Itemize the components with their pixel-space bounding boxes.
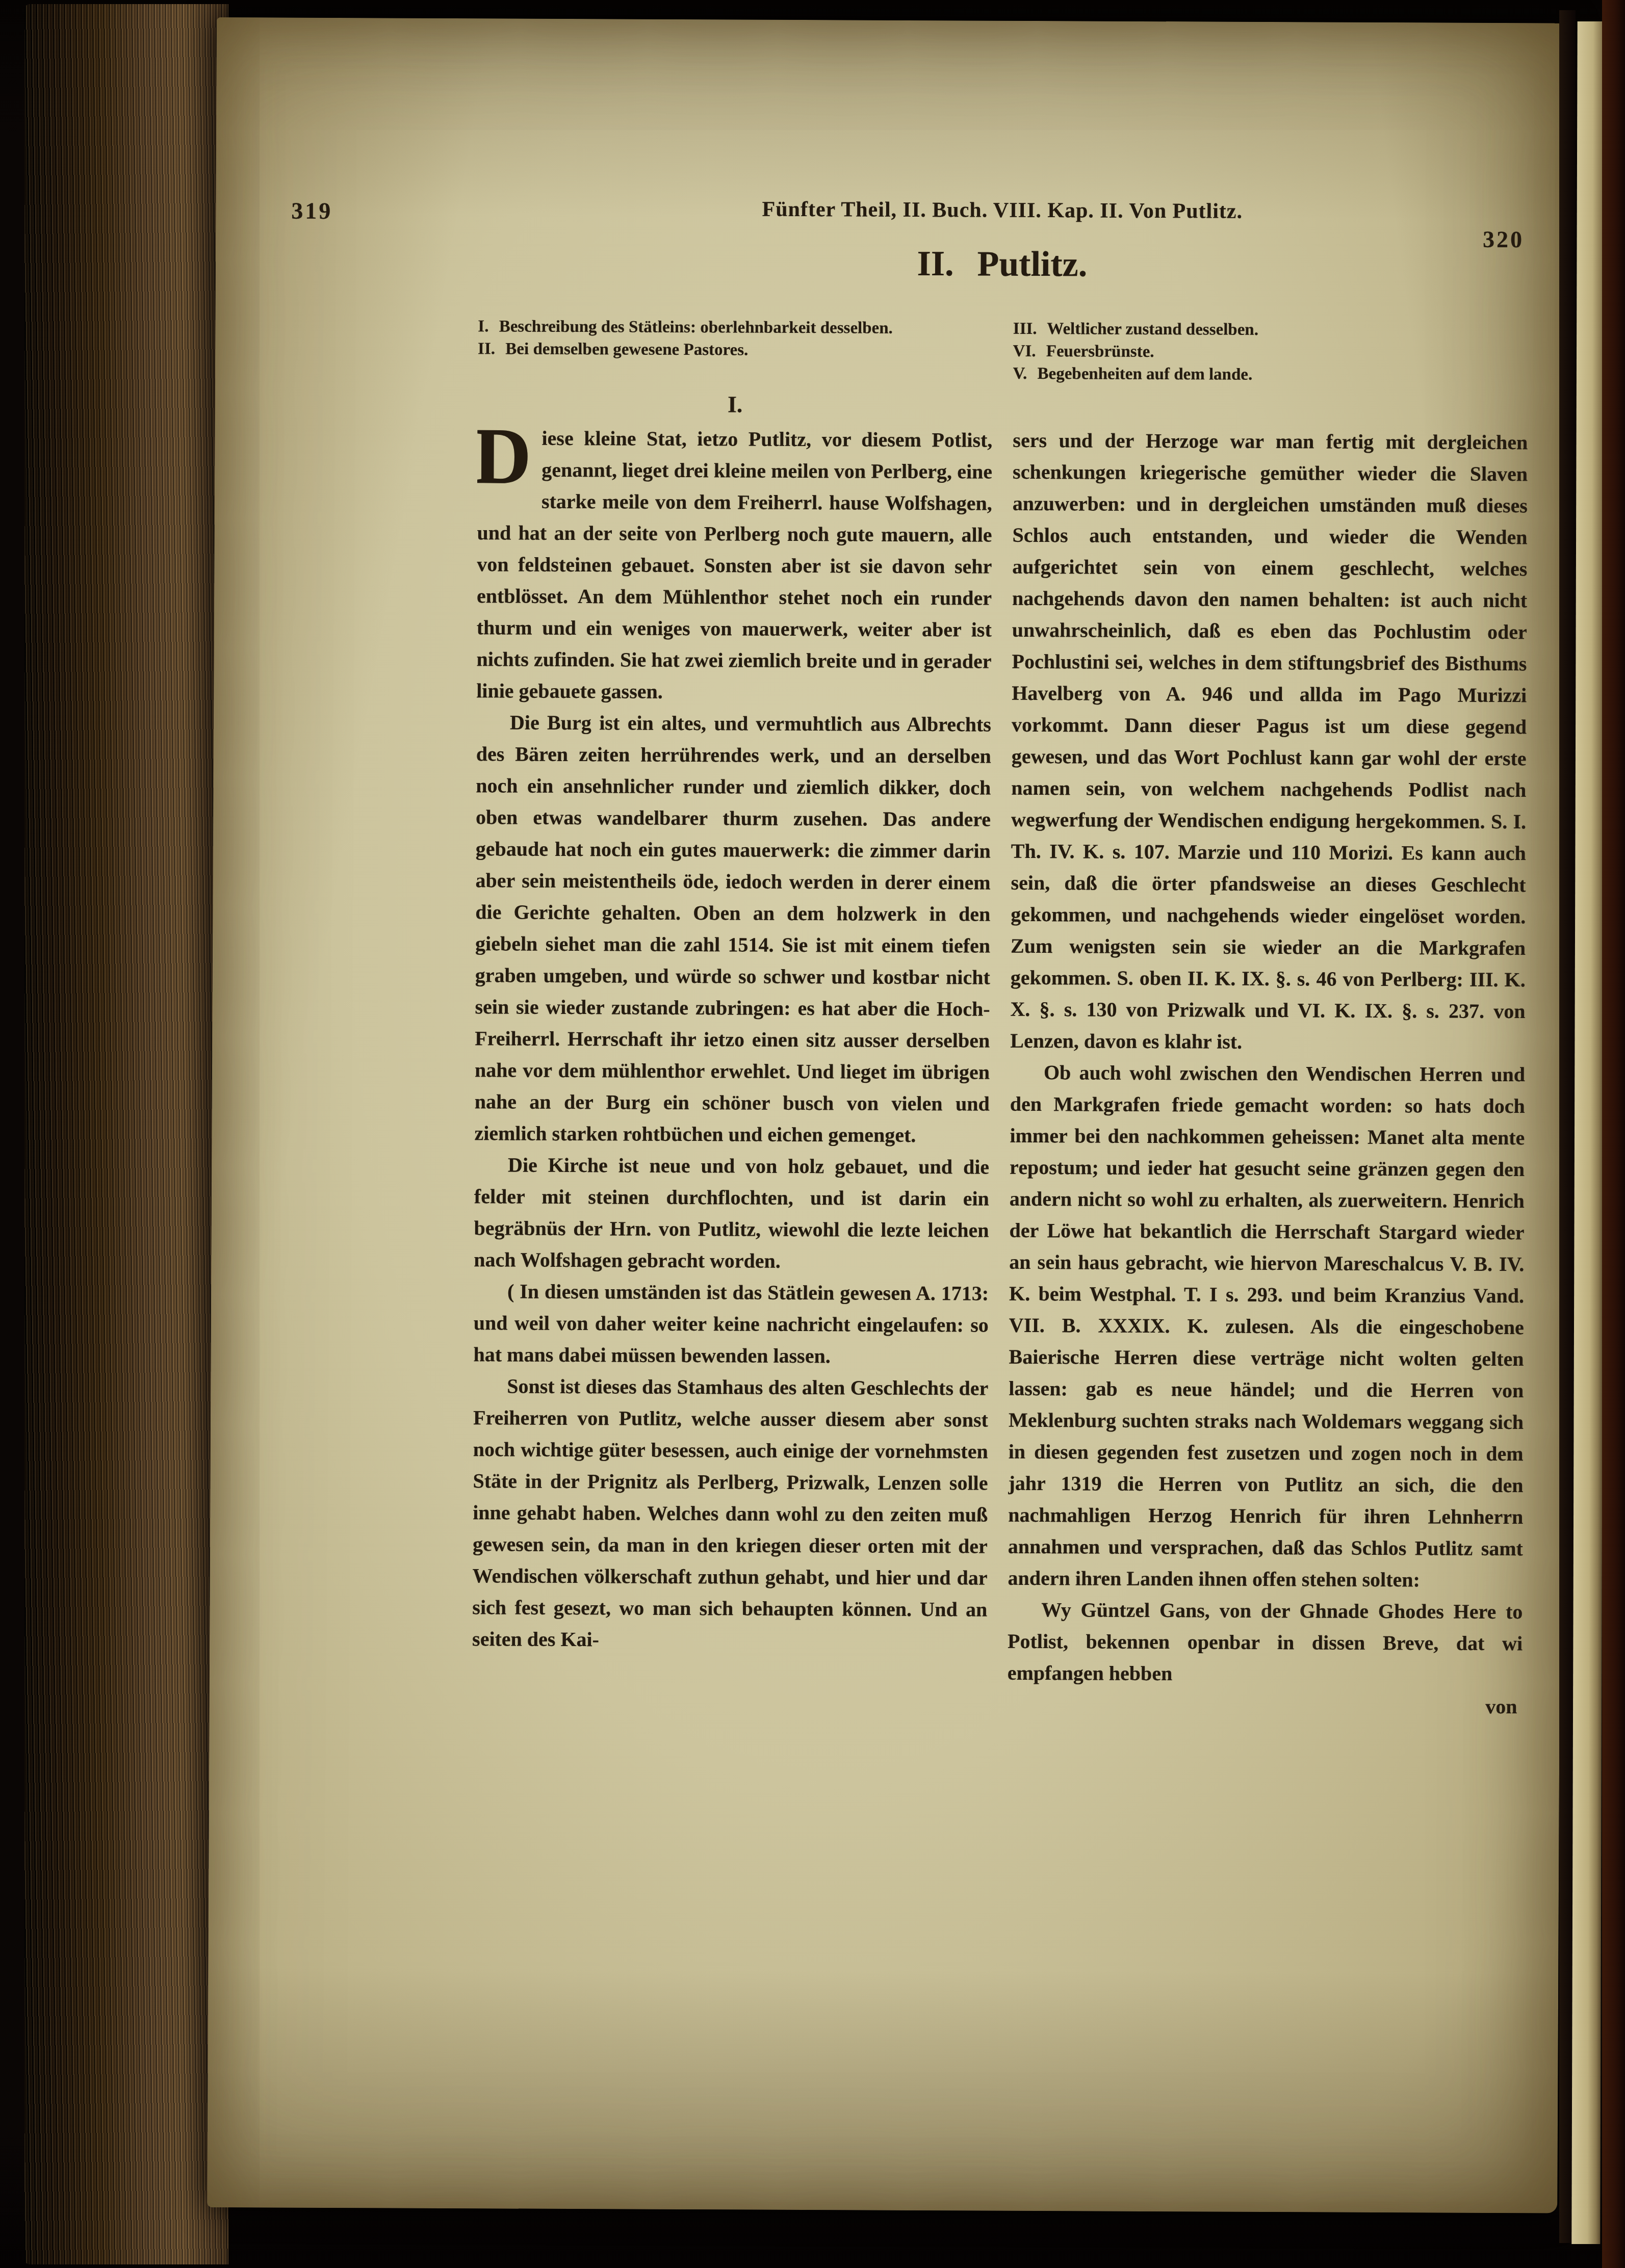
left-text-column: Diese kleine Stat, ietzo Putlitz, vor di… <box>471 422 992 1959</box>
contents-item-number: III. <box>1013 320 1037 338</box>
chapter-contents: I. Beschreibung des Stätleins: oberlehnb… <box>478 315 1526 387</box>
body-paragraph: Die Kirche ist neue und von holz gebauet… <box>474 1149 989 1278</box>
contents-item: II. Bei demselben gewesene Pastores. <box>478 337 991 362</box>
body-paragraph: sers und der Herzoge war man fertig mit … <box>1010 425 1528 1059</box>
contents-item: VI. Feuersbrünste. <box>1013 340 1526 364</box>
chapter-number: II. <box>917 244 953 283</box>
book-fore-edge <box>24 4 228 2264</box>
contents-item-number: I. <box>478 317 488 335</box>
running-head: Fünfter Theil, II. Buch. VIII. Kap. II. … <box>478 196 1526 225</box>
contents-right-column: III. Weltlicher zustand desselben. VI. F… <box>1013 318 1526 387</box>
page-number-left: 319 <box>291 197 332 224</box>
contents-item-text: Feuersbrünste. <box>1046 342 1154 361</box>
body-paragraph: Wy Güntzel Gans, von der Ghnade Ghodes H… <box>1008 1594 1523 1691</box>
chapter-name: Putlitz. <box>977 245 1087 284</box>
book-page: 319 320 Fünfter Theil, II. Buch. VIII. K… <box>207 17 1567 2213</box>
ornamental-initial: D <box>473 422 542 487</box>
book-cover <box>1602 0 1625 2268</box>
contents-item: III. Weltlicher zustand desselben. <box>1013 318 1526 342</box>
contents-item-text: Bei demselben gewesene Pastores. <box>505 340 748 359</box>
contents-item-text: Begebenheiten auf dem lande. <box>1037 364 1252 384</box>
contents-left-column: I. Beschreibung des Stätleins: oberlehnb… <box>478 315 991 384</box>
body-paragraph: Diese kleine Stat, ietzo Putlitz, vor di… <box>476 422 992 709</box>
chapter-title: II.Putlitz. <box>478 242 1526 287</box>
body-paragraph: Die Burg ist ein altes, und vermuhtlich … <box>474 707 991 1151</box>
body-paragraph: ( In diesen umständen ist das Stätlein g… <box>473 1275 989 1372</box>
body-paragraph: Sonst ist dieses das Stamhaus des alten … <box>472 1370 988 1657</box>
facing-page-edge <box>1571 21 1606 2244</box>
body-text: Diese kleine Stat, ietzo Putlitz, vor di… <box>471 422 1528 1961</box>
section-heading: I. <box>478 389 993 419</box>
body-paragraph: Ob auch wohl zwischen den Wendischen Her… <box>1008 1057 1526 1596</box>
right-text-column: sers und der Herzoge war man fertig mit … <box>1006 425 1528 1961</box>
contents-item: I. Beschreibung des Stätleins: oberlehnb… <box>478 315 991 340</box>
contents-item-number: V. <box>1013 364 1027 383</box>
contents-item-text: Weltlicher zustand desselben. <box>1047 320 1258 339</box>
contents-item: V. Begebenheiten auf dem lande. <box>1013 362 1526 387</box>
contents-item-text: Beschreibung des Stätleins: oberlehnbark… <box>499 317 893 337</box>
contents-item-number: II. <box>478 340 495 358</box>
book-photo: 319 320 Fünfter Theil, II. Buch. VIII. K… <box>0 0 1625 2268</box>
contents-item-number: VI. <box>1013 342 1036 360</box>
catchword: von <box>1007 1689 1522 1723</box>
